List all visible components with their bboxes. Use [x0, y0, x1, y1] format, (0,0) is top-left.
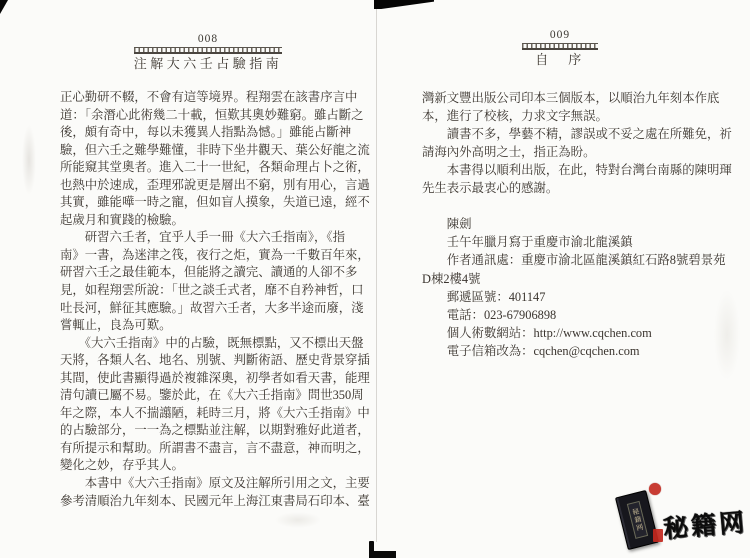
- text-line: 年之際，本人不揣譾陋，耗時三月，將《大六壬指南》中: [60, 405, 366, 423]
- text-line: 本，進行了校核，力求文字無誤。: [422, 107, 724, 125]
- running-title-right: 自 序: [410, 52, 710, 68]
- text-line: 的占驗部分，一一為之標點並注解，以期對雅好此道者，: [60, 422, 366, 440]
- author-signature-block: 陳劍 壬午年臘月寫于重慶市渝北龍溪鎮 作者通訊處：重慶市渝北區龍溪鎮紅石路8號碧…: [422, 215, 724, 361]
- page-number-right: 009: [410, 29, 710, 41]
- text-line: 後，頗有奇中，每以未獲異人指點為憾。」雖能占斷神: [60, 124, 366, 142]
- header-rule-right: [522, 43, 598, 50]
- text-line: 所能窺其堂奧者。進入二十一世紀，各類命理占卜之術，: [60, 159, 366, 177]
- page-number-left: 008: [58, 33, 358, 45]
- page-right-text: 灣新文豐出版公司印本三個版本，以順治九年刻本作底本，進行了校核，力求文字無誤。 …: [422, 89, 724, 197]
- text-line: 讀書不多，學藝不精，謬誤或不妥之處在所難免，祈: [422, 125, 724, 143]
- text-line: 本書得以順利出版，在此，特對台灣台南縣的陳明琿: [422, 161, 724, 179]
- signature-line: 壬午年臘月寫于重慶市渝北龍溪鎮: [422, 233, 724, 251]
- text-line: 見，如程翔雲所說：「世之談壬式者，靡不自矜神哲，口: [60, 282, 366, 300]
- book-spine-label: 秘籍网: [627, 501, 648, 539]
- scan-corner-mark: [0, 0, 8, 14]
- text-line: 《大六壬指南》中的占驗，既無標點，又不標出天盤: [60, 335, 366, 353]
- signature-line: 作者通訊處：重慶市渝北區龍溪鎮紅石路8號碧景苑: [422, 251, 724, 269]
- text-line: 研習六壬之最佳範本，但能將之讀完、讀通的人卻不多: [60, 264, 366, 282]
- text-line: 驗，但六壬之難學難懂，非時下坐井觀天、葉公好龍之流: [60, 142, 366, 160]
- text-line: 有所提示和幫助。所謂書不盡言，言不盡意，神而明之，: [60, 440, 366, 458]
- signature-line: D棟2樓4號: [422, 270, 724, 288]
- text-line: 其間，使此書顯得過於複雜深奧，初學者如看天書，能理: [60, 370, 366, 388]
- text-line: 其實，雖能嘩一時之寵，但如盲人摸象，失道已遠，經不: [60, 194, 366, 212]
- text-line: 研習六壬者，宜乎人手一冊《大六壬指南》，《指: [60, 229, 366, 247]
- watermark-site-name: 秘籍网: [662, 502, 749, 545]
- signature-line: 個人術數網站：http://www.cqchen.com: [422, 324, 724, 342]
- header-rule-left: [134, 47, 282, 54]
- text-line: 請海內外高明之士，指正為盼。: [422, 143, 724, 161]
- text-line: 起歲月和實踐的檢驗。: [60, 212, 366, 230]
- text-line: 先生表示最衷心的感謝。: [422, 179, 724, 197]
- text-line: 嘗輒止，良為可歎。: [60, 317, 366, 335]
- text-line: 南》一書，為迷津之筏，夜行之炬，實為一千數百年來，: [60, 247, 366, 265]
- gutter-shadow-top: [374, 0, 434, 9]
- text-line: 清句讀已屬不易。鑒於此，在《大六壬指南》問世350周: [60, 387, 366, 405]
- red-round-seal-icon: [649, 483, 661, 495]
- text-line: 正心勤研不輟，不會有這等境界。程翔雲在該書序言中: [60, 89, 366, 107]
- text-line: 本書中《大六壬指南》原文及注解所引用之文，主要: [60, 475, 366, 493]
- red-square-seal-icon: [653, 529, 663, 542]
- text-line: 也熱中於速成，歪理邪說更是層出不窮，別有用心，言過: [60, 177, 366, 195]
- gutter-shadow-bottom: [369, 551, 396, 558]
- scan-smudge: [275, 512, 321, 528]
- text-line: 灣新文豐出版公司印本三個版本，以順治九年刻本作底: [422, 89, 724, 107]
- text-line: 吐長河，鮮征其應驗。」故習六壬者，大多半途而廢，淺: [60, 300, 366, 318]
- signature-line: 電話：023-67906898: [422, 306, 724, 324]
- page-header-left: 008 注解大六壬占驗指南: [58, 33, 358, 72]
- signature-line: 郵遞區號：401147: [422, 288, 724, 306]
- page-header-right: 009 自 序: [410, 29, 710, 68]
- page-gutter-line: [376, 8, 377, 542]
- text-line: 道：「余潛心此術幾二十載，恒歎其奧妙難窮。雖占斷之: [60, 107, 366, 125]
- text-line: 變化之妙，存乎其人。: [60, 457, 366, 475]
- running-title-left: 注解大六壬占驗指南: [58, 56, 358, 72]
- watermark-mijiwang: 秘籍网 秘籍网: [611, 480, 747, 556]
- signature-line: 電子信箱改為：cqchen@cqchen.com: [422, 342, 724, 360]
- page-left-text: 正心勤研不輟，不會有這等境界。程翔雲在該書序言中道：「余潛心此術幾二十載，恒歎其…: [60, 89, 366, 510]
- signature-line: 陳劍: [422, 215, 724, 233]
- scan-smudge: [22, 125, 36, 195]
- book-spread: 008 注解大六壬占驗指南 009 自 序 正心勤研不輟，不會有這等境界。程翔雲…: [0, 0, 750, 558]
- text-line: 參考清順治九年刻本、民國元年上海江東書局石印本、臺: [60, 493, 366, 511]
- text-line: 天將，各類人名、地名、別號、判斷術語、歷史背景穿插: [60, 352, 366, 370]
